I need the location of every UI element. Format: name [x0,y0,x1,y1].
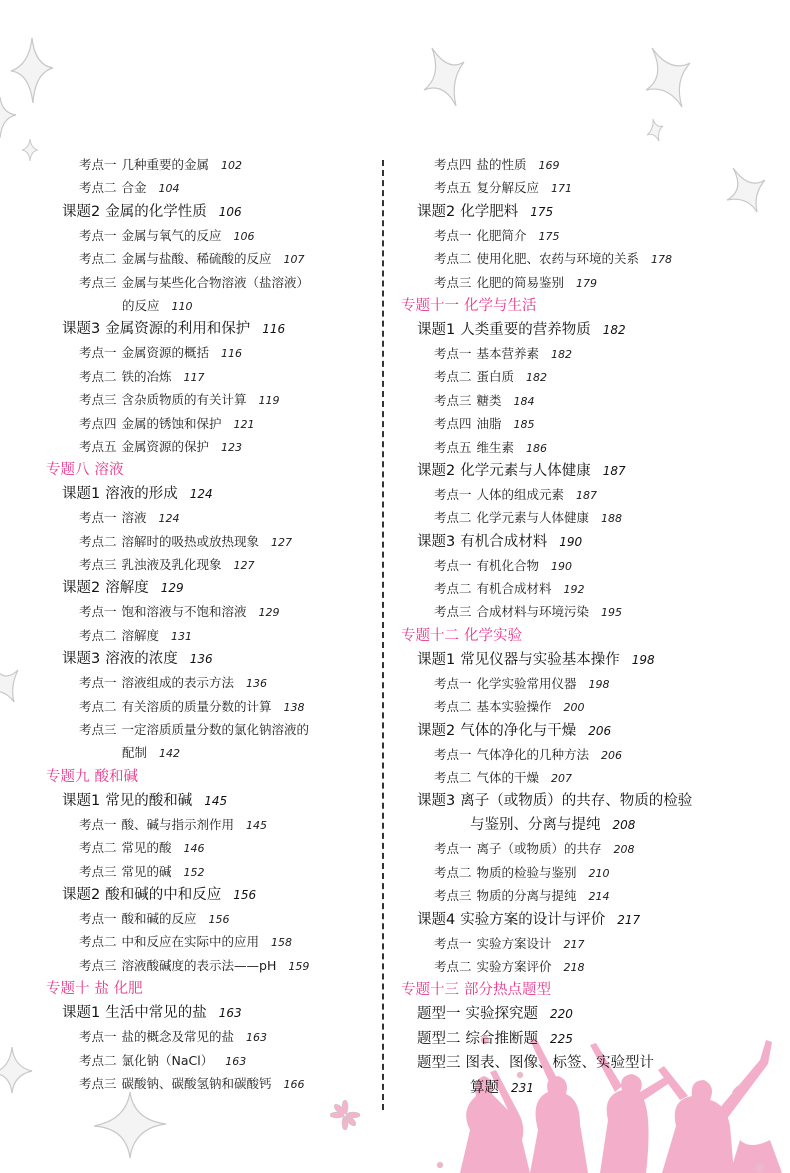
entry-label: 考点三 [79,557,117,572]
toc-lesson-link-continued[interactable]: 与鉴别、分离与提纯208 [401,813,741,837]
entry-title: 金属与氧气的反应 [122,228,222,243]
entry-title: 常见的碱 [122,864,172,879]
toc-point-link[interactable]: 考点二溶解时的吸热或放热现象127 [46,530,366,553]
page-number: 192 [564,583,585,596]
page-number: 184 [514,395,535,408]
entry-title: 化肥简介 [477,228,527,243]
entry-label: 考点一 [434,936,472,951]
entry-title: 油脂 [477,416,502,431]
toc-point-link[interactable]: 考点二氯化钠（NaCl）163 [46,1049,366,1072]
sparkle-decoration-icon [90,1090,170,1160]
page-number: 107 [284,253,305,266]
entry-label: 专题十二 [401,628,459,644]
entry-title: 溶液 [95,462,124,478]
entry-title: 实验探究题 [466,1006,539,1022]
entry-title: 乳浊液及乳化现象 [122,557,222,572]
toc-point-link[interactable]: 考点一金属与氧气的反应106 [46,224,366,247]
entry-label: 考点二 [434,581,472,596]
column-divider [382,160,384,1110]
toc-topic-heading: 专题十一化学与生活 [401,294,741,318]
toc-topic-heading: 专题九酸和碱 [46,765,366,789]
entry-title: 化学实验 [464,628,522,644]
page-number: 163 [246,1031,267,1044]
toc-lesson-link[interactable]: 课题1人类重要的营养物质182 [401,318,741,342]
page-number: 171 [551,182,572,195]
toc-point-link[interactable]: 考点二化学元素与人体健康188 [401,506,741,529]
toc-point-link[interactable]: 考点四油脂185 [401,412,741,435]
entry-label: 课题2 [417,204,455,220]
toc-point-link[interactable]: 考点二溶解度131 [46,624,366,647]
entry-title: 实验方案评价 [477,959,552,974]
entry-label: 考点三 [434,604,472,619]
entry-label: 课题3 [62,651,100,667]
entry-label: 考点一 [79,817,117,832]
page-number: 190 [551,560,572,573]
page-number: 182 [551,348,572,361]
entry-title: 化学与生活 [464,298,537,314]
toc-point-link[interactable]: 考点一盐的概念及常见的盐163 [46,1025,366,1048]
toc-point-link[interactable]: 考点三化肥的简易鉴别179 [401,271,741,294]
toc-left-column: 考点一几种重要的金属102考点二合金104课题2金属的化学性质106考点一金属与… [46,153,366,1095]
toc-question-type-link-continued[interactable]: 算题231 [401,1076,741,1101]
sparkle-decoration-icon [0,660,27,705]
entry-label: 专题八 [46,462,90,478]
entry-title: 碳酸钠、碳酸氢钠和碳酸钙 [122,1076,272,1091]
entry-title: 离子（或物质）的共存 [477,841,602,856]
entry-label: 考点二 [79,934,117,949]
entry-label: 考点一 [79,510,117,525]
entry-label: 考点二 [434,770,472,785]
sparkle-decoration-icon [420,40,470,110]
entry-label: 考点二 [434,369,472,384]
entry-title: 盐的性质 [477,157,527,172]
page-number: 214 [589,890,610,903]
entry-label: 课题1 [62,793,100,809]
entry-title: 化学元素与人体健康 [460,463,591,479]
entry-title: 化肥的简易鉴别 [477,275,565,290]
toc-point-link[interactable]: 考点一饱和溶液与不饱和溶液129 [46,600,366,623]
flower-decoration-icon [330,1100,360,1130]
entry-title: 算题 [470,1080,499,1096]
toc-point-link[interactable]: 考点四金属的锈蚀和保护121 [46,412,366,435]
toc-point-link[interactable]: 考点一金属资源的概括116 [46,341,366,364]
entry-label: 考点二 [79,534,117,549]
page-number: 163 [225,1055,246,1068]
entry-title: 实验方案设计 [477,936,552,951]
entry-label: 课题1 [417,322,455,338]
entry-label: 考点五 [79,439,117,454]
toc-lesson-link[interactable]: 课题1生活中常见的盐163 [46,1001,366,1025]
entry-title: 盐的概念及常见的盐 [122,1029,235,1044]
page-number: 188 [601,512,622,525]
toc-point-link[interactable]: 考点二基本实验操作200 [401,695,741,718]
entry-label: 专题十 [46,981,90,997]
entry-title: 金属与盐酸、稀硫酸的反应 [122,251,272,266]
toc-point-link[interactable]: 考点一溶液124 [46,506,366,529]
page-number: 119 [259,394,280,407]
toc-point-link[interactable]: 考点二有机合成材料192 [401,577,741,600]
entry-label: 考点三 [79,1076,117,1091]
toc-point-link[interactable]: 考点三合成材料与环境污染195 [401,600,741,623]
entry-title: 几种重要的金属 [122,157,210,172]
page-number: 208 [613,818,636,832]
entry-title: 中和反应在实际中的应用 [122,934,260,949]
toc-point-link[interactable]: 考点一基本营养素182 [401,342,741,365]
entry-title: 酸和碱的中和反应 [105,887,221,903]
toc-point-link[interactable]: 考点一酸、碱与指示剂作用145 [46,813,366,836]
toc-point-link[interactable]: 考点五复分解反应171 [401,176,741,199]
entry-title: 气体净化的几种方法 [477,747,590,762]
entry-title: 溶液酸碱度的表示法——pH [122,958,277,973]
page-number: 110 [172,300,193,313]
page-number: 166 [284,1078,305,1091]
entry-title: 与鉴别、分离与提纯 [470,817,601,833]
page-number: 175 [530,205,553,219]
page-number: 187 [603,464,626,478]
page-number: 106 [219,205,242,219]
entry-title: 溶液的形成 [105,486,178,502]
entry-label: 考点一 [79,911,117,926]
entry-label: 考点二 [434,510,472,525]
toc-lesson-link[interactable]: 课题2气体的净化与干燥206 [401,719,741,743]
page-number: 207 [551,772,572,785]
toc-point-link[interactable]: 考点二常见的酸146 [46,836,366,859]
page-number: 142 [159,747,180,760]
entry-label: 课题1 [62,1005,100,1021]
toc-point-link[interactable]: 考点二实验方案评价218 [401,955,741,978]
entry-label: 考点三 [79,722,117,737]
toc-point-link[interactable]: 考点一几种重要的金属102 [46,153,366,176]
toc-point-link[interactable]: 考点一离子（或物质）的共存208 [401,837,741,860]
toc-topic-heading: 专题十二化学实验 [401,624,741,648]
toc-lesson-link[interactable]: 课题2溶解度129 [46,576,366,600]
sparkle-decoration-icon [0,95,20,140]
entry-title: 常见的酸 [122,840,172,855]
toc-lesson-link[interactable]: 课题4实验方案的设计与评价217 [401,908,741,932]
entry-label: 考点二 [79,699,117,714]
page-number: 158 [271,936,292,949]
toc-lesson-link[interactable]: 课题1常见仪器与实验基本操作198 [401,648,741,672]
entry-label: 考点二 [79,628,117,643]
page-number: 231 [511,1081,534,1095]
sparkle-decoration-icon [20,138,40,162]
page-number: 127 [234,559,255,572]
entry-title: 氯化钠（NaCl） [122,1053,214,1068]
entry-title: 饱和溶液与不饱和溶液 [122,604,247,619]
page-number: 124 [190,487,213,501]
toc-point-link[interactable]: 考点一实验方案设计217 [401,932,741,955]
entry-label: 考点二 [434,865,472,880]
page-number: 182 [526,371,547,384]
entry-label: 考点一 [79,604,117,619]
page-number: 106 [234,230,255,243]
sparkle-decoration-icon [645,118,665,142]
entry-title: 蛋白质 [477,369,515,384]
page-number: 123 [221,441,242,454]
toc-point-link[interactable]: 考点四盐的性质169 [401,153,741,176]
toc-lesson-link[interactable]: 课题3有机合成材料190 [401,530,741,554]
page-number: 127 [271,536,292,549]
entry-title: 复分解反应 [477,180,540,195]
entry-title: 部分热点题型 [464,982,551,998]
page-number: 210 [589,867,610,880]
toc-point-link[interactable]: 考点三物质的分离与提纯214 [401,884,741,907]
toc-lesson-link[interactable]: 课题1溶液的形成124 [46,482,366,506]
entry-label: 考点四 [434,157,472,172]
entry-title: 有机化合物 [477,558,540,573]
entry-label: 考点二 [79,1053,117,1068]
toc-point-link[interactable]: 考点二铁的冶炼117 [46,365,366,388]
entry-title: 合成材料与环境污染 [477,604,590,619]
toc-point-link[interactable]: 考点二金属与盐酸、稀硫酸的反应107 [46,247,366,270]
page-number: 190 [559,535,582,549]
entry-title: 人类重要的营养物质 [460,322,591,338]
entry-label: 课题2 [62,887,100,903]
entry-label: 考点三 [434,888,472,903]
page-number: 152 [184,866,205,879]
page-number: 208 [614,843,635,856]
entry-title: 图表、图像、标签、实验型计 [466,1055,655,1071]
entry-title: 金属的锈蚀和保护 [122,416,222,431]
page-number: 156 [209,913,230,926]
toc-topic-heading: 专题十三部分热点题型 [401,978,741,1002]
page-number: 145 [246,819,267,832]
entry-title: 溶液组成的表示方法 [122,675,235,690]
toc-point-link[interactable]: 考点五金属资源的保护123 [46,435,366,458]
entry-title: 基本实验操作 [477,699,552,714]
entry-title: 溶解时的吸热或放热现象 [122,534,260,549]
entry-label: 考点二 [434,699,472,714]
entry-title: 金属资源的利用和保护 [105,321,250,337]
entry-title: 常见的酸和碱 [105,793,192,809]
entry-title: 溶解度 [122,628,160,643]
entry-label: 考点三 [434,393,472,408]
entry-label: 考点二 [79,369,117,384]
entry-label: 课题3 [417,793,455,809]
toc-point-link[interactable]: 考点一气体净化的几种方法206 [401,743,741,766]
toc-point-link[interactable]: 考点三一定溶质质量分数的氯化钠溶液的 [46,718,366,741]
page-number: 116 [221,347,242,360]
sparkle-decoration-icon [0,1045,35,1095]
entry-label: 专题十一 [401,298,459,314]
entry-title: 常见仪器与实验基本操作 [460,652,620,668]
entry-label: 考点一 [434,676,472,691]
toc-point-link[interactable]: 考点一人体的组成元素187 [401,483,741,506]
entry-label: 考点二 [79,251,117,266]
toc-point-link[interactable]: 考点一溶液组成的表示方法136 [46,671,366,694]
entry-title: 有关溶质的质量分数的计算 [122,699,272,714]
page-number: 156 [233,888,256,902]
entry-title: 糖类 [477,393,502,408]
entry-label: 考点五 [434,180,472,195]
entry-title: 溶解度 [105,580,149,596]
toc-point-link-continued[interactable]: 的反应110 [46,294,366,317]
page-number: 124 [159,512,180,525]
entry-label: 考点四 [79,416,117,431]
entry-label: 题型三 [417,1055,461,1071]
toc-point-link[interactable]: 考点三金属与某些化合物溶液（盐溶液） [46,271,366,294]
entry-title: 实验方案的设计与评价 [460,912,605,928]
entry-title: 酸、碱与指示剂作用 [122,817,235,832]
entry-title: 化学元素与人体健康 [477,510,590,525]
page-number: 117 [184,371,205,384]
toc-point-link[interactable]: 考点二合金104 [46,176,366,199]
toc-lesson-link[interactable]: 课题2化学元素与人体健康187 [401,459,741,483]
page-number: 136 [246,677,267,690]
toc-topic-heading: 专题十盐 化肥 [46,977,366,1001]
toc-lesson-link[interactable]: 课题2金属的化学性质106 [46,200,366,224]
page-number: 198 [589,678,610,691]
toc-point-link[interactable]: 考点二有关溶质的质量分数的计算138 [46,695,366,718]
page-number: 200 [564,701,585,714]
entry-label: 考点一 [79,1029,117,1044]
toc-lesson-link[interactable]: 课题2酸和碱的中和反应156 [46,883,366,907]
toc-point-link[interactable]: 考点五维生素186 [401,436,741,459]
entry-title: 盐 化肥 [95,981,143,997]
entry-label: 考点三 [79,958,117,973]
page-number: 136 [190,652,213,666]
entry-label: 考点一 [79,228,117,243]
page-number: 159 [288,960,309,973]
toc-lesson-link[interactable]: 课题3离子（或物质）的共存、物质的检验 [401,789,741,813]
page-number: 145 [204,794,227,808]
entry-label: 课题4 [417,912,455,928]
toc-point-link[interactable]: 考点二物质的检验与鉴别210 [401,861,741,884]
entry-label: 考点二 [434,251,472,266]
toc-point-link[interactable]: 考点二蛋白质182 [401,365,741,388]
page-number: 186 [526,442,547,455]
page-number: 175 [539,230,560,243]
entry-label: 课题2 [417,723,455,739]
sparkle-decoration-icon [5,35,55,105]
toc-lesson-link[interactable]: 课题3金属资源的利用和保护116 [46,317,366,341]
entry-label: 课题3 [62,321,100,337]
entry-label: 课题1 [417,652,455,668]
page-number: 187 [576,489,597,502]
page-number: 195 [601,606,622,619]
toc-point-link[interactable]: 考点二使用化肥、农药与环境的关系178 [401,247,741,270]
toc-point-link-continued[interactable]: 配制142 [46,741,366,764]
toc-lesson-link[interactable]: 课题3溶液的浓度136 [46,647,366,671]
entry-title: 人体的组成元素 [477,487,565,502]
page-number: 218 [564,961,585,974]
entry-label: 考点一 [434,841,472,856]
page-number: 178 [651,253,672,266]
page-number: 104 [159,182,180,195]
entry-label: 课题2 [417,463,455,479]
entry-title: 维生素 [477,440,515,455]
page-number: 206 [601,749,622,762]
page-number: 182 [603,323,626,337]
entry-label: 考点四 [434,416,472,431]
toc-question-type-link[interactable]: 题型二综合推断题225 [401,1027,741,1052]
toc-question-type-link[interactable]: 题型一实验探究题220 [401,1002,741,1027]
page-number: 220 [550,1007,573,1021]
entry-title: 基本营养素 [477,346,540,361]
entry-label: 课题3 [417,534,455,550]
toc-point-link[interactable]: 考点一酸和碱的反应156 [46,907,366,930]
entry-title: 有机合成材料 [477,581,552,596]
page-number: 163 [219,1006,242,1020]
toc-point-link[interactable]: 考点二中和反应在实际中的应用158 [46,930,366,953]
entry-label: 考点一 [79,675,117,690]
entry-label: 考点一 [434,558,472,573]
page-number: 102 [221,159,242,172]
page-number: 198 [632,653,655,667]
entry-title: 配制 [122,745,147,760]
toc-point-link[interactable]: 考点三溶液酸碱度的表示法——pH159 [46,954,366,977]
toc-point-link[interactable]: 考点一化肥简介175 [401,224,741,247]
entry-title: 酸和碱 [95,769,139,785]
page-number: 206 [588,724,611,738]
entry-title: 金属的化学性质 [105,204,207,220]
toc-question-type-link[interactable]: 题型三图表、图像、标签、实验型计 [401,1051,741,1076]
entry-title: 一定溶质质量分数的氯化钠溶液的 [122,722,310,737]
entry-label: 课题2 [62,204,100,220]
entry-label: 考点三 [79,275,117,290]
entry-label: 考点一 [79,157,117,172]
entry-label: 考点二 [434,959,472,974]
toc-lesson-link[interactable]: 课题2化学肥料175 [401,200,741,224]
page-number: 116 [262,322,285,336]
toc-point-link[interactable]: 考点一有机化合物190 [401,554,741,577]
entry-label: 专题九 [46,769,90,785]
entry-title: 综合推断题 [466,1031,539,1047]
entry-label: 考点一 [79,345,117,360]
entry-title: 溶液 [122,510,147,525]
entry-title: 有机合成材料 [460,534,547,550]
toc-point-link[interactable]: 考点三糖类184 [401,389,741,412]
entry-label: 考点一 [434,747,472,762]
entry-title: 物质的检验与鉴别 [477,865,577,880]
page-number: 217 [617,913,640,927]
page-number: 179 [576,277,597,290]
page-number: 129 [259,606,280,619]
toc-point-link[interactable]: 考点三乳浊液及乳化现象127 [46,553,366,576]
entry-label: 考点五 [434,440,472,455]
entry-title: 气体的干燥 [477,770,540,785]
page-number: 121 [234,418,255,431]
toc-point-link[interactable]: 考点三含杂质物质的有关计算119 [46,388,366,411]
sparkle-decoration-icon [640,45,695,110]
toc-topic-heading: 专题八溶液 [46,458,366,482]
toc-point-link[interactable]: 考点三碳酸钠、碳酸氢钠和碳酸钙166 [46,1072,366,1095]
page-number: 138 [284,701,305,714]
entry-title: 物质的分离与提纯 [477,888,577,903]
entry-label: 考点三 [79,864,117,879]
entry-title: 溶液的浓度 [105,651,178,667]
page-number: 185 [514,418,535,431]
toc-point-link[interactable]: 考点二气体的干燥207 [401,766,741,789]
toc-point-link[interactable]: 考点三常见的碱152 [46,860,366,883]
entry-label: 考点一 [434,346,472,361]
entry-label: 专题十三 [401,982,459,998]
page-number: 131 [171,630,192,643]
entry-title: 使用化肥、农药与环境的关系 [477,251,640,266]
entry-title: 合金 [122,180,147,195]
entry-label: 考点一 [434,487,472,502]
entry-label: 考点三 [434,275,472,290]
entry-label: 考点二 [79,180,117,195]
entry-title: 气体的净化与干燥 [460,723,576,739]
page-number: 129 [161,581,184,595]
toc-point-link[interactable]: 考点一化学实验常用仪器198 [401,672,741,695]
entry-title: 的反应 [122,298,160,313]
entry-label: 考点一 [434,228,472,243]
toc-lesson-link[interactable]: 课题1常见的酸和碱145 [46,789,366,813]
entry-label: 题型一 [417,1006,461,1022]
entry-label: 题型二 [417,1031,461,1047]
